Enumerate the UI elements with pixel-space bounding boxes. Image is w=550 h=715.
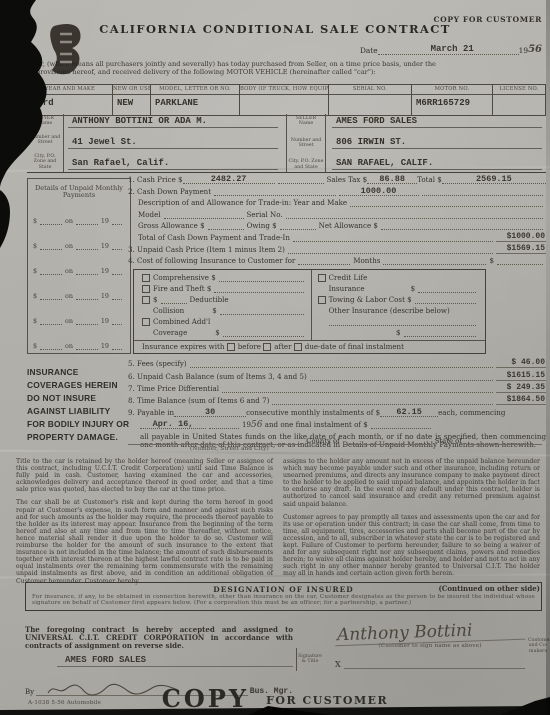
seller-values: AMES FORD SALES 806 IRWIN ST. SAN RAFAEL… xyxy=(326,114,546,172)
customer-side-label: Customer and Co-makers xyxy=(528,638,548,654)
seller-name-label: Name xyxy=(299,121,313,126)
designation-box: DESIGNATION OF INSURED For insurance, if… xyxy=(25,582,542,611)
credit-life-label: Credit Life xyxy=(329,274,368,282)
county-blank xyxy=(344,436,431,445)
item-number: 4. xyxy=(128,257,135,265)
intro-line1: ustomer, (which means all purchasers joi… xyxy=(16,60,544,68)
item-number: 5. xyxy=(128,360,135,368)
payment-row: $on19 xyxy=(33,267,125,275)
address-caption: (Number, Street and City) xyxy=(190,446,269,452)
final-instalment-label: and one final instalment of $ xyxy=(265,421,368,429)
designation-title: DESIGNATION OF INSURED xyxy=(32,585,535,594)
combined-row: Combined Add'l xyxy=(142,318,307,326)
cash-down-value: 1000.00 xyxy=(339,187,419,196)
payment-row: $on19 xyxy=(33,242,125,250)
dollar-sign: $ xyxy=(153,296,158,304)
vehicle-body xyxy=(240,95,328,98)
year-label: 19 xyxy=(101,342,109,350)
dollar-sign: $ xyxy=(33,217,37,225)
date-value: March 21 xyxy=(386,44,519,55)
comprehensive-label: Comprehensive $ xyxy=(153,274,216,282)
model-serial-line: Model Serial No. xyxy=(128,211,546,219)
on-label: on xyxy=(65,217,73,225)
vehicle-new-used: NEW xyxy=(113,95,150,108)
signature-title-label: Signature & Title xyxy=(296,648,323,671)
item-5: 5. Fees (specify) $ 46.00 xyxy=(128,359,546,368)
item-4: 4. Cost of following Insurance to Custom… xyxy=(128,257,546,265)
x-label: X xyxy=(335,660,341,669)
time-balance-label: Time Balance (sum of Items 6 and 7) xyxy=(137,397,269,405)
expires-label: Insurance expires with xyxy=(142,343,224,351)
seller-labels: SELLERName Number and Street City, P.O. … xyxy=(286,114,326,172)
payment-row: $on19 xyxy=(33,217,125,225)
comprehensive-row: Comprehensive $ xyxy=(142,274,307,282)
contract-items: 1. Cash Price $ 2482.27 Sales Tax $ 86.8… xyxy=(128,175,546,449)
year-handwritten: 56 xyxy=(251,421,262,429)
cash-price-label: Cash Price $ xyxy=(137,176,183,184)
fine-print-paragraph: The car shall be at Customer's risk and … xyxy=(16,499,273,584)
deductible-row: $Deductible xyxy=(142,296,307,304)
fine-print-col1: Title to the car is retained by the hold… xyxy=(16,458,273,593)
year-printed: 19 xyxy=(242,421,251,429)
vehicle-year-make: Ford xyxy=(28,95,112,108)
item-number: 7. xyxy=(128,385,135,393)
insurance-box: Comprehensive $ Fire and Theft $ $Deduct… xyxy=(133,269,486,355)
seller-street-label: Number and Street xyxy=(288,138,324,149)
combined-checkbox xyxy=(142,318,150,326)
credit-life-checkbox xyxy=(318,274,326,282)
vehicle-table: YEAR AND MAKEFord NEW OR USEDNEW MODEL, … xyxy=(27,84,546,116)
buyer-name-label: Name xyxy=(38,121,52,126)
deductible-label: Deductible xyxy=(190,296,229,304)
year-handwritten: 56 xyxy=(528,44,542,55)
fees-label: Fees (specify) xyxy=(137,360,187,368)
dollar-sign: $ xyxy=(212,307,217,315)
payment-row: $on19 xyxy=(33,342,125,350)
fine-print-paragraph: assigns to the holder any amount not in … xyxy=(283,458,540,508)
item-2: 2. Cash Down Payment 1000.00 xyxy=(128,187,546,196)
page-title: CALIFORNIA CONDITIONAL SALE CONTRACT xyxy=(0,22,550,36)
payment-row: $on19 xyxy=(33,292,125,300)
date-line: Date March 21 19 56 xyxy=(360,44,542,55)
other-amount-row: $ xyxy=(318,329,479,337)
designation-text: For insurance, if any, to be obtained in… xyxy=(32,594,535,607)
year-printed: 19 xyxy=(519,46,528,55)
year-label: 19 xyxy=(101,267,109,275)
acceptance-text: The foregoing contract is hereby accepte… xyxy=(25,626,293,651)
sidebar: Details of Unpaid Monthly Payments $on19… xyxy=(27,178,131,444)
fire-theft-label: Fire and Theft $ xyxy=(153,285,211,293)
vehicle-license-no xyxy=(493,95,545,98)
item-1: 1. Cash Price $ 2482.27 Sales Tax $ 86.8… xyxy=(128,175,546,184)
footer-copy-line: COPY FOR CUSTOMER xyxy=(0,684,550,713)
buyer-street-label: Number and Street xyxy=(28,135,62,146)
unpaid-payments-heading: Details of Unpaid Monthly Payments xyxy=(33,185,125,200)
cash-down-label: Cash Down Payment xyxy=(137,188,211,196)
fine-print-col2: assigns to the holder any amount not in … xyxy=(283,458,540,593)
fine-print-paragraph: Customer agrees to pay promptly all taxe… xyxy=(283,514,540,578)
towing-checkbox xyxy=(318,296,326,304)
col-serial-no: SERIAL NO. xyxy=(329,85,411,95)
item-number: 2. xyxy=(128,188,135,196)
item-number: 6. xyxy=(128,373,135,381)
serial-label: Serial No. xyxy=(247,211,283,219)
buyer-values: ANTHONY BOTTINI OR ADA M. 41 Jewel St. S… xyxy=(64,114,286,172)
year-label: 19 xyxy=(101,292,109,300)
due-date-label: due-date of final instalment xyxy=(305,343,404,351)
col-motor-no: MOTOR NO. xyxy=(412,85,492,95)
expires-row: Insurance expires with before after due-… xyxy=(134,340,485,353)
months-label: Months xyxy=(353,257,380,265)
intro-paragraph: ustomer, (which means all purchasers joi… xyxy=(16,60,544,76)
trade-total-value: $1000.00 xyxy=(496,233,546,242)
item-6: 6. Unpaid Cash Balance (sum of Items 3, … xyxy=(128,372,546,381)
buyer-name: ANTHONY BOTTINI OR ADA M. xyxy=(68,116,278,128)
copy-for-customer-stamp: COPY FOR CUSTOMER xyxy=(433,15,542,24)
item-number: 1. xyxy=(128,176,135,184)
net-allowance-label: Net Allowance $ xyxy=(319,222,378,230)
fees-value: $ 46.00 xyxy=(496,359,546,368)
deductible-checkbox xyxy=(142,296,150,304)
total-value: 2569.15 xyxy=(442,175,546,184)
dollar-sign: $ xyxy=(33,317,37,325)
state-blank xyxy=(466,436,542,445)
dollar-sign: $ xyxy=(33,267,37,275)
dollar-sign: $ xyxy=(33,242,37,250)
seller-street: 806 IRWIN ST. xyxy=(332,137,542,149)
coverage-label: Coverage xyxy=(153,329,187,337)
item-3: 3. Unpaid Cash Price (Item 1 minus Item … xyxy=(128,245,546,254)
dollar-sign: $ xyxy=(215,329,220,337)
credit-life-row2: Insurance$ xyxy=(318,285,479,293)
scanned-contract-page: CALIFORNIA CONDITIONAL SALE CONTRACT COP… xyxy=(0,0,550,715)
year-label: 19 xyxy=(101,317,109,325)
on-label: on xyxy=(65,292,73,300)
on-label: on xyxy=(65,342,73,350)
col-year-make: YEAR AND MAKE xyxy=(28,85,112,95)
fine-print-paragraph: Title to the car is retained by the hold… xyxy=(16,458,273,493)
vehicle-model: PARKLANE xyxy=(151,95,239,108)
vehicle-motor-no: M6RR165729 xyxy=(412,95,492,108)
parties-block: BUYERName Number and Street City, P.O. Z… xyxy=(27,114,546,172)
owing-label: Owing $ xyxy=(247,222,277,230)
parties-bottom-rule xyxy=(27,172,546,173)
col-model: MODEL, LETTER OR NO. xyxy=(151,85,239,95)
combined-label: Combined Add'l xyxy=(153,318,210,326)
for-customer-word: FOR CUSTOMER xyxy=(266,694,388,707)
cosigner-blank xyxy=(344,659,525,669)
item-8: 8. Time Balance (sum of Items 6 and 7) $… xyxy=(128,396,546,405)
on-label: on xyxy=(65,242,73,250)
year-label: 19 xyxy=(101,242,109,250)
buyer-city: San Rafael, Calif. xyxy=(68,158,278,170)
scan-right-edge xyxy=(546,0,550,715)
unpaid-balance-label: Unpaid Cash Balance (sum of Items 3, 4 a… xyxy=(137,373,307,381)
dollar-sign: $ xyxy=(396,329,401,337)
date-dots xyxy=(378,46,386,55)
unpaid-balance-value: $1615.15 xyxy=(496,372,546,381)
fire-theft-checkbox xyxy=(142,285,150,293)
address-blank xyxy=(128,436,302,445)
collision-label: Collision xyxy=(153,307,184,315)
col-new-used: NEW OR USED xyxy=(113,85,150,95)
other-dots-row xyxy=(318,318,479,326)
col-body: BODY (IF TRUCK, HOW EQUIPPED) xyxy=(240,85,328,95)
trade-total-label: Total of Cash Down Payment and Trade-In xyxy=(138,234,290,242)
item-number: 8. xyxy=(128,397,135,405)
on-label: on xyxy=(65,267,73,275)
time-price-differential-label: Time Price Differential xyxy=(137,385,219,393)
coverage-row: Coverage$ xyxy=(142,329,307,337)
insurance-left-column: Comprehensive $ Fire and Theft $ $Deduct… xyxy=(134,270,312,341)
year-label: 19 xyxy=(101,217,109,225)
towing-label: Towing & Labor Cost $ xyxy=(329,296,412,304)
before-label: before xyxy=(238,343,261,351)
other-insurance-row: Other Insurance (describe below) xyxy=(318,307,479,315)
item-9-line2: Apr. 16, 1956 and one final instalment o… xyxy=(128,420,546,429)
cosigner-line: X xyxy=(335,659,525,669)
state-label: State of xyxy=(435,437,462,445)
dollar-sign: $ xyxy=(33,292,37,300)
firm-name: AMES FORD SALES xyxy=(57,655,293,667)
time-price-differential-value: $ 249.35 xyxy=(496,384,546,393)
insurance-right-column: Credit Life Insurance$ Towing & Labor Co… xyxy=(312,270,485,341)
buyer-street: 41 Jewel St. xyxy=(68,137,278,149)
after-label: after xyxy=(274,343,291,351)
fire-theft-row: Fire and Theft $ xyxy=(142,285,307,293)
dollar-sign: $ xyxy=(411,285,416,293)
unpaid-payments-box: Details of Unpaid Monthly Payments $on19… xyxy=(27,178,131,354)
installment-amount: 62.15 xyxy=(380,408,438,417)
insurance-warning: INSURANCE COVERAGES HEREIN DO NOT INSURE… xyxy=(27,366,131,444)
dollar-sign: $ xyxy=(489,257,494,265)
buyer-city-label: City, P.O. Zone and State xyxy=(28,154,62,170)
seller-name: AMES FORD SALES xyxy=(332,116,542,128)
insurance-word: Insurance xyxy=(329,285,365,293)
other-insurance-label: Other Insurance (describe below) xyxy=(329,307,450,315)
fine-print: Title to the car is retained by the hold… xyxy=(16,458,540,593)
item-9-line1: 9. Payable in 30 consecutive monthly ins… xyxy=(128,408,546,417)
date-label: Date xyxy=(360,46,378,55)
intro-line2: s and provisions hereof, and received de… xyxy=(16,68,544,76)
model-label: Model xyxy=(138,211,161,219)
each-commencing-label: each, commencing xyxy=(438,409,505,417)
location-line: County of State of xyxy=(128,436,542,445)
vehicle-serial-no xyxy=(329,95,411,98)
unpaid-cash-price-label: Unpaid Cash Price (Item 1 minus Item 2) xyxy=(137,246,285,254)
seller-city: SAN RAFAEL, CALIF. xyxy=(332,158,542,170)
item-number: 3. xyxy=(128,246,135,254)
trade-total-line: Total of Cash Down Payment and Trade-In … xyxy=(128,233,546,242)
on-label: on xyxy=(65,317,73,325)
paper-crease xyxy=(0,450,550,457)
gross-allowance-label: Gross Allowance $ xyxy=(138,222,205,230)
credit-life-row: Credit Life xyxy=(318,274,479,282)
payable-in-label: Payable in xyxy=(137,409,174,417)
comprehensive-checkbox xyxy=(142,274,150,282)
payment-row: $on19 xyxy=(33,317,125,325)
copy-word: COPY xyxy=(162,684,249,713)
dollar-sign: $ xyxy=(33,342,37,350)
sales-tax-value: 86.88 xyxy=(367,175,417,184)
due-date-checkbox xyxy=(294,343,302,351)
after-checkbox xyxy=(263,343,271,351)
commencing-date: Apr. 16, xyxy=(140,420,206,429)
unpaid-cash-price-value: $1569.15 xyxy=(496,245,546,254)
allowance-line: Gross Allowance $ Owing $ Net Allowance … xyxy=(128,222,546,230)
towing-row: Towing & Labor Cost $ xyxy=(318,296,479,304)
installments-mid-label: consecutive monthly instalments of $ xyxy=(246,409,380,417)
trade-in-label: Description of and Allowance for Trade-i… xyxy=(138,199,347,207)
installments-count: 30 xyxy=(174,408,246,417)
item-7: 7. Time Price Differential $ 249.35 xyxy=(128,384,546,393)
customer-signature-block: Anthony Bottini (Customer to sign name a… xyxy=(335,622,525,669)
total-label: Total $ xyxy=(417,176,442,184)
sales-tax-label: Sales Tax $ xyxy=(327,176,368,184)
col-license-no: LICENSE NO. xyxy=(493,85,545,95)
seller-city-label: City, P.O. Zone and State xyxy=(288,159,324,170)
item-number: 9. xyxy=(128,409,135,417)
insurance-cost-label: Cost of following Insurance to Customer … xyxy=(137,257,295,265)
county-label: County of xyxy=(306,437,339,445)
before-checkbox xyxy=(227,343,235,351)
collision-row: Collision$ xyxy=(142,307,307,315)
trade-in-line: Description of and Allowance for Trade-i… xyxy=(128,199,546,207)
cash-price-value: 2482.27 xyxy=(183,175,275,184)
time-balance-value: $1864.50 xyxy=(496,396,546,405)
firm-line: AMES FORD SALES xyxy=(25,655,293,667)
buyer-labels: BUYERName Number and Street City, P.O. Z… xyxy=(27,114,64,172)
